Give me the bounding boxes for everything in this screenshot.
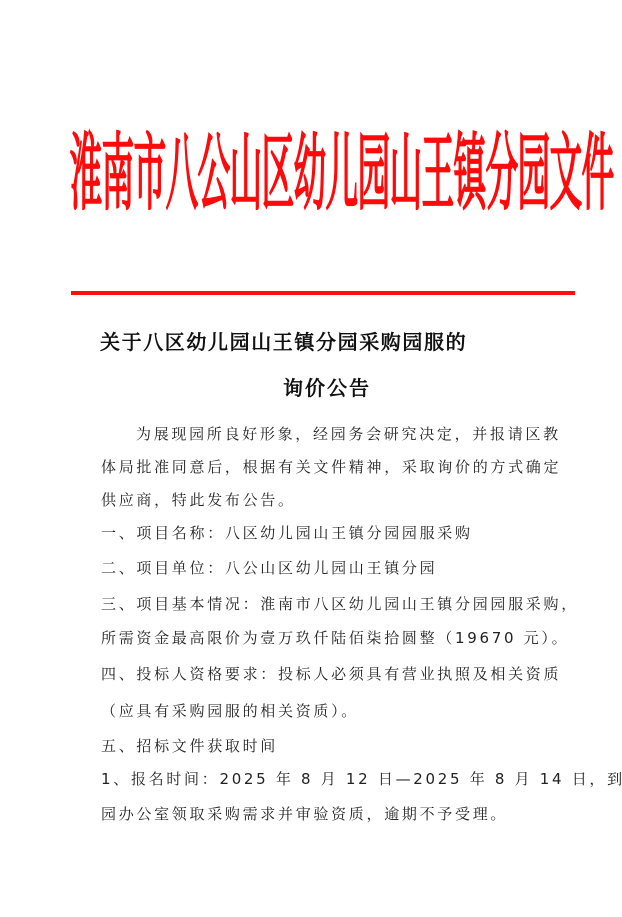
intro-paragraph-line: 体局批准同意后，根据有关文件精神，采取询价的方式确定 [101,457,561,477]
item-registration-time: 1、报名时间：2025 年 8 月 12 日—2025 年 8 月 14 日，到… [101,769,622,789]
notice-title-line-2: 询价公告 [283,374,371,402]
letterhead-char: 公 [198,82,223,266]
letterhead-char: 幼 [294,82,319,266]
letterhead-char: 山 [390,82,415,266]
notice-title-line-1: 关于八区幼儿园山王镇分园采购园服的 [100,328,467,356]
red-divider-rule [71,291,575,295]
red-letterhead-title: 淮 南 市 八 公 山 区 幼 儿 园 山 王 镇 分 园 文 件 [66,128,572,220]
item-bidder-qualification: 四、投标人资格要求：投标人必须具有营业执照及相关资质 [101,664,561,684]
intro-paragraph-line: 供应商，特此发布公告。 [101,490,296,510]
letterhead-char: 八 [166,82,191,266]
item-project-unit: 二、项目单位：八公山区幼儿园山王镇分园 [101,558,437,578]
letterhead-char: 园 [358,82,383,266]
letterhead-char: 区 [262,82,287,266]
item-document-obtain-time: 五、招标文件获取时间 [101,736,278,756]
letterhead-char: 南 [102,82,127,266]
letterhead-char: 分 [486,82,511,266]
item-bidder-qualification-cont: （应具有采购园服的相关资质）。 [101,701,359,721]
letterhead-char: 儿 [326,82,351,266]
letterhead-char: 淮 [70,82,95,266]
letterhead-char: 山 [230,82,255,266]
letterhead-char: 件 [582,82,607,266]
item-registration-time-cont: 园办公室领取采购需求并审验资质，逾期不予受理。 [101,804,508,824]
letterhead-char: 市 [134,82,159,266]
item-project-basics: 三、项目基本情况：淮南市八区幼儿园山王镇分园园服采购， [101,594,579,614]
letterhead-char: 园 [518,82,543,266]
letterhead-char: 镇 [454,82,479,266]
document-page: 淮 南 市 八 公 山 区 幼 儿 园 山 王 镇 分 园 文 件 关于八区幼儿… [0,0,622,917]
letterhead-char: 文 [550,82,575,266]
letterhead-char: 王 [422,82,447,266]
item-project-basics-cont: 所需资金最高限价为壹万玖仟陆佰柒拾圆整（19670 元）。 [101,628,569,648]
item-project-name: 一、项目名称：八区幼儿园山王镇分园园服采购 [101,523,473,543]
intro-paragraph-line: 为展现园所良好形象，经园务会研究决定，并报请区教 [136,424,561,444]
